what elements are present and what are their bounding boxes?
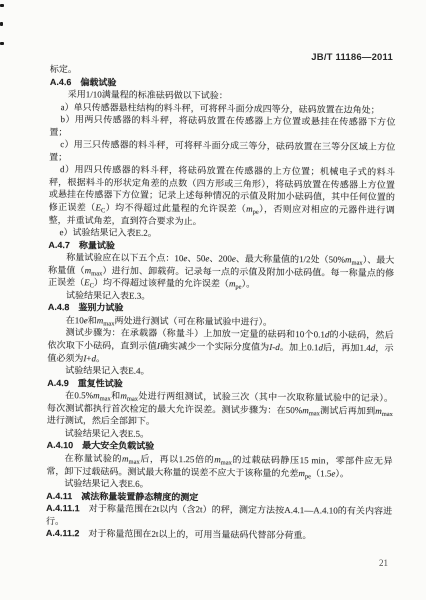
clause-a4-11-1: A.4.11.1 对于称量范围在2t以内（含2t）的秤，测定方法按A.4.1—A… [46, 502, 392, 530]
document-body: 标定。 A.4.6 偏载试验 采用1/10满量程的标准砝码做以下试验： a）单只… [46, 63, 396, 543]
list-item-c: c）用三只传感器的料斗秤，可将秤斗面分成三等分，砝码放置在三等分区域上方位置； [49, 138, 395, 166]
list-item-b: b）用两只传感器的料斗秤，将砝码放置在传感器上方位置或悬挂在传感器下方位置； [49, 113, 395, 141]
page-number: 21 [379, 558, 388, 568]
scan-artifact [0, 42, 4, 45]
scan-artifact [0, 4, 4, 7]
standard-number: JB/T 11186—2011 [311, 52, 393, 63]
para-a4-9: 在0.5%mmax和mmax处进行两组测试，试验三次（其中一次取称量试验中的记录… [47, 389, 393, 430]
scan-artifact [0, 22, 3, 26]
document-page: JB/T 11186—2011 标定。 A.4.6 偏载试验 采用1/10满量程… [0, 0, 426, 600]
list-item-d: d）用四只传感器的料斗秤，将砝码放置在传感器的上方位置；机械电子式的料斗秤，根据… [49, 163, 396, 229]
para-a4-7: 称量试验应在以下五个点：10e、50e、200e、最大称量值的1/2处（50%m… [48, 251, 394, 292]
clause-a4-11-2: A.4.11.2 对于称量范围在2t以上的，可用当量砝码代替部分荷重。 [46, 527, 392, 543]
para-a4-8-steps: 测试步骤为：在承载器（称量斗）上加放一定量的砝码和10个0.1d的小砝码，然后依… [47, 326, 393, 367]
para-a4-10: 在称量试验的mmax后，再以1.25倍的mmax的过载砝码静压15 min，零部… [46, 452, 392, 480]
